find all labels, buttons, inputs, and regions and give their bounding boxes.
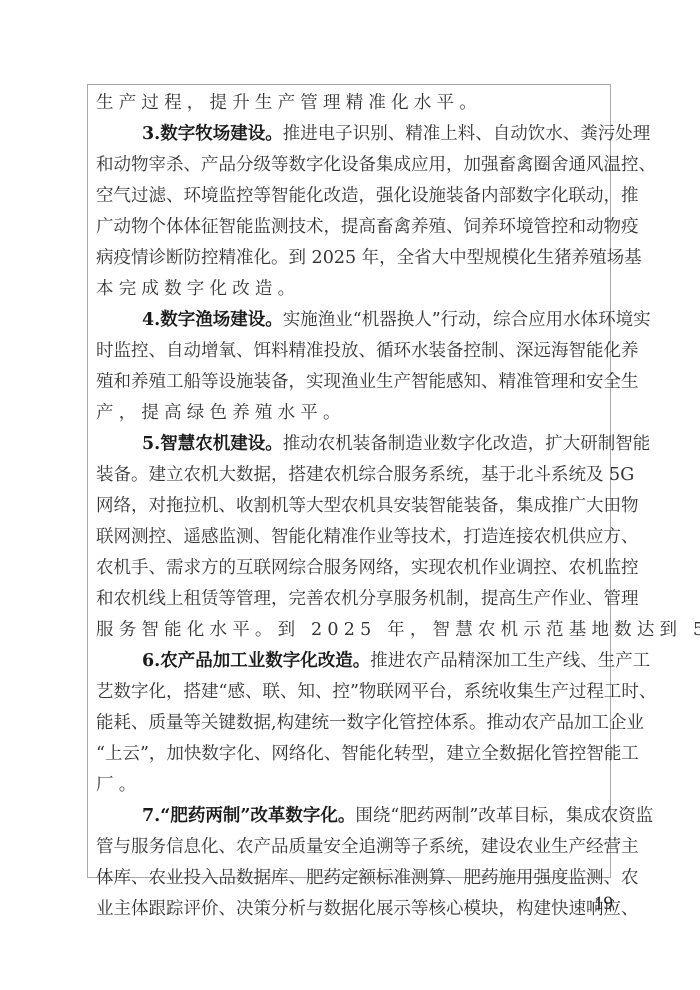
line-text: 和动物宰杀、产品分级等数字化设备集成应用，加强畜禽圈舍通风温控、 xyxy=(96,155,656,175)
line-text: 体库、农业投入品数据库、肥药定额标准测算、肥药施用强度监测、农 xyxy=(96,868,639,888)
line-text: 空气过滤、环境监控等智能化改造，强化设施装备内部数字化联动，推 xyxy=(96,186,639,206)
paragraph-line: 生产过程，提升生产管理精准化水平。 xyxy=(96,88,608,119)
paragraph-line: 体库、农业投入品数据库、肥药定额标准测算、肥药施用强度监测、农 xyxy=(96,863,608,894)
line-text: 推进电子识别、精准上料、自动饮水、粪污处理 xyxy=(283,124,651,144)
paragraph-line: 艺数字化，搭建“感、联、知、控”物联网平台，系统收集生产过程工时、 xyxy=(96,677,608,708)
line-text: 和农机线上租赁等管理，完善农机分享服务机制，提高生产作业、管理 xyxy=(96,589,639,609)
line-text: 推进农产品精深加工生产线、生产工 xyxy=(370,651,650,671)
paragraph-line: 联网测控、遥感监测、智能化精准作业等技术，打造连接农机供应方、 xyxy=(96,522,608,553)
line-text: 网络，对拖拉机、收割机等大型农机具安装智能装备，集成推广大田物 xyxy=(96,496,639,516)
paragraph-line: 殖和养殖工船等设施装备，实现渔业生产智能感知、精准管理和安全生 xyxy=(96,367,608,398)
paragraph-line: 病疫情诊断防控精准化。到 2025 年，全省大中型规模化生猪养殖场基 xyxy=(96,243,608,274)
line-text: 艺数字化，搭建“感、联、知、控”物联网平台，系统收集生产过程工时、 xyxy=(96,682,656,702)
line-text: 能耗、质量等关键数据,构建统一数字化管控体系。推动农产品加工企业 xyxy=(96,713,644,733)
line-text: 广动物个体体征智能监测技术，提高畜禽养殖、饲养环境管控和动物疫 xyxy=(96,217,639,237)
line-text: 联网测控、遥感监测、智能化精准作业等技术，打造连接农机供应方、 xyxy=(96,527,639,547)
section-heading-line: 6.农产品加工业数字化改造。推进农产品精深加工生产线、生产工 xyxy=(96,646,608,677)
paragraph-line: 农机手、需求方的互联网综合服务网络，实现农机作业调控、农机监控 xyxy=(96,553,608,584)
section-title: 6.农产品加工业数字化改造。 xyxy=(142,651,370,671)
paragraph-line: 装备。建立农机大数据，搭建农机综合服务系统，基于北斗系统及 5G xyxy=(96,460,608,491)
section-heading-line: 7.“肥药两制”改革数字化。围绕“肥药两制”改革目标，集成农资监 xyxy=(96,801,608,832)
line-text: 时监控、自动增氧、饵料精准投放、循环水装备控制、深远海智能化养 xyxy=(96,341,639,361)
line-text: 围绕“肥药两制”改革目标，集成农资监 xyxy=(355,806,653,826)
line-text: 管与服务信息化、农产品质量安全追溯等子系统，建设农业生产经营主 xyxy=(96,837,639,857)
paragraph-line: 管与服务信息化、农产品质量安全追溯等子系统，建设农业生产经营主 xyxy=(96,832,608,863)
section-heading-line: 3.数字牧场建设。推进电子识别、精准上料、自动饮水、粪污处理 xyxy=(96,119,608,150)
line-text: 推动农机装备制造业数字化改造，扩大研制智能 xyxy=(283,434,651,454)
paragraph-line: 广动物个体体征智能监测技术，提高畜禽养殖、饲养环境管控和动物疫 xyxy=(96,212,608,243)
paragraph-line: 能耗、质量等关键数据,构建统一数字化管控体系。推动农产品加工企业 xyxy=(96,708,608,739)
line-text: 业主体跟踪评价、决策分析与数据化展示等核心模块，构建快速响应、 xyxy=(96,899,639,919)
paragraph-line: 产，提高绿色养殖水平。 xyxy=(96,398,608,429)
section-title: 7.“肥药两制”改革数字化。 xyxy=(142,806,355,826)
line-text: 产，提高绿色养殖水平。 xyxy=(96,403,346,423)
paragraph-line: 服务智能化水平。到 2025 年，智慧农机示范基地数达到 500 个。 xyxy=(96,615,608,646)
line-text: 生产过程，提升生产管理精准化水平。 xyxy=(96,93,482,113)
line-text: 实施渔业“机器换人”行动，综合应用水体环境实 xyxy=(283,310,651,330)
paragraph-line: 厂。 xyxy=(96,770,608,801)
paragraph-line: “上云”，加快数字化、网络化、智能化转型，建立全数据化管控智能工 xyxy=(96,739,608,770)
section-title: 5.智慧农机建设。 xyxy=(142,434,283,454)
section-title: 4.数字渔场建设。 xyxy=(142,310,283,330)
line-text: 本完成数字化改造。 xyxy=(96,279,300,299)
document-body: 生产过程，提升生产管理精准化水平。3.数字牧场建设。推进电子识别、精准上料、自动… xyxy=(96,88,608,925)
line-text: 服务智能化水平。到 2025 年，智慧农机示范基地数达到 500 个。 xyxy=(96,620,700,640)
page-number: 19 xyxy=(594,893,613,915)
line-text: 装备。建立农机大数据，搭建农机综合服务系统，基于北斗系统及 5G xyxy=(96,465,634,485)
paragraph-line: 网络，对拖拉机、收割机等大型农机具安装智能装备，集成推广大田物 xyxy=(96,491,608,522)
line-text: 殖和养殖工船等设施装备，实现渔业生产智能感知、精准管理和安全生 xyxy=(96,372,639,392)
section-heading-line: 5.智慧农机建设。推动农机装备制造业数字化改造，扩大研制智能 xyxy=(96,429,608,460)
line-text: 病疫情诊断防控精准化。到 2025 年，全省大中型规模化生猪养殖场基 xyxy=(96,248,642,268)
paragraph-line: 业主体跟踪评价、决策分析与数据化展示等核心模块，构建快速响应、 xyxy=(96,894,608,925)
line-text: 农机手、需求方的互联网综合服务网络，实现农机作业调控、农机监控 xyxy=(96,558,639,578)
paragraph-line: 空气过滤、环境监控等智能化改造，强化设施装备内部数字化联动，推 xyxy=(96,181,608,212)
section-heading-line: 4.数字渔场建设。实施渔业“机器换人”行动，综合应用水体环境实 xyxy=(96,305,608,336)
paragraph-line: 时监控、自动增氧、饵料精准投放、循环水装备控制、深远海智能化养 xyxy=(96,336,608,367)
line-text: 厂。 xyxy=(96,775,141,795)
paragraph-line: 和动物宰杀、产品分级等数字化设备集成应用，加强畜禽圈舍通风温控、 xyxy=(96,150,608,181)
paragraph-line: 本完成数字化改造。 xyxy=(96,274,608,305)
line-text: “上云”，加快数字化、网络化、智能化转型，建立全数据化管控智能工 xyxy=(96,744,639,764)
paragraph-line: 和农机线上租赁等管理，完善农机分享服务机制，提高生产作业、管理 xyxy=(96,584,608,615)
section-title: 3.数字牧场建设。 xyxy=(142,124,283,144)
